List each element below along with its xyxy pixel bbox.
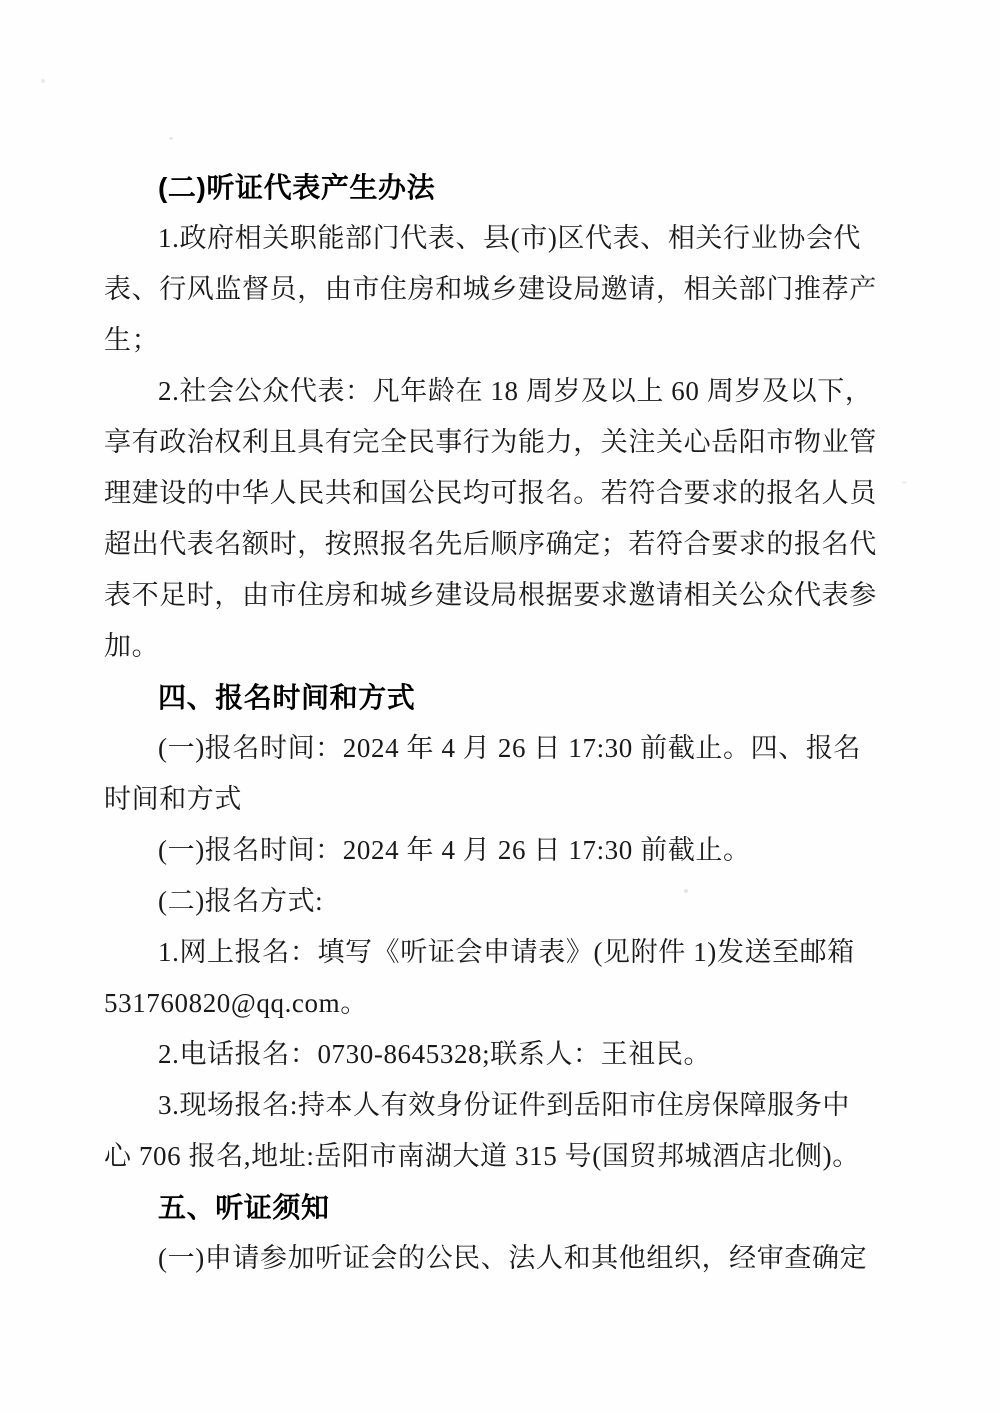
paragraph-line-address: 心 706 报名,地址:岳阳市南湖大道 315 号(国贸邦城酒店北侧)。: [104, 1131, 880, 1182]
scan-speck: [41, 79, 45, 83]
paragraph-line: 时间和方式: [104, 774, 880, 825]
paragraph-line: 表不足时，由市住房和城乡建设局根据要求邀请相关公众代表参: [104, 570, 880, 621]
paragraph-line: 超出代表名额时，按照报名先后顺序确定；若符合要求的报名代: [104, 519, 880, 570]
document-body: (二)听证代表产生办法 1.政府相关职能部门代表、县(市)区代表、相关行业协会代…: [104, 162, 880, 1284]
paragraph-line-phone: 2.电话报名：0730-8645328;联系人：王祖民。: [104, 1029, 880, 1080]
paragraph-line: (一)申请参加听证会的公民、法人和其他组织，经审查确定: [104, 1233, 880, 1284]
paragraph-line: 享有政治权利且具有完全民事行为能力，关注关心岳阳市物业管: [104, 417, 880, 468]
scan-speck: [169, 137, 173, 140]
section-heading-registration-time: 四、报名时间和方式: [104, 672, 880, 723]
paragraph-line: 2.社会公众代表：凡年龄在 18 周岁及以上 60 周岁及以下，: [104, 366, 880, 417]
paragraph-line: (一)报名时间：2024 年 4 月 26 日 17:30 前截止。四、报名: [104, 723, 880, 774]
paragraph-line: 表、行风监督员，由市住房和城乡建设局邀请，相关部门推荐产: [104, 264, 880, 315]
paragraph-line: 生；: [104, 315, 880, 366]
paragraph-line: 3.现场报名:持本人有效身份证件到岳阳市住房保障服务中: [104, 1080, 880, 1131]
paragraph-line: 理建设的中华人民共和国公民均可报名。若符合要求的报名人员: [104, 468, 880, 519]
document-page: { "page": { "background": "#fefefe", "te…: [0, 0, 1000, 1414]
scan-speck: [902, 481, 907, 484]
scanned-page-background: (二)听证代表产生办法 1.政府相关职能部门代表、县(市)区代表、相关行业协会代…: [0, 0, 1000, 1414]
paragraph-line: 1.网上报名：填写《听证会申请表》(见附件 1)发送至邮箱: [104, 927, 880, 978]
section-heading-hearing-notes: 五、听证须知: [104, 1182, 880, 1233]
paragraph-line: 加。: [104, 621, 880, 672]
section-heading-representative-method: (二)听证代表产生办法: [104, 162, 880, 213]
paragraph-line: 1.政府相关职能部门代表、县(市)区代表、相关行业协会代: [104, 213, 880, 264]
paragraph-line: (二)报名方式:: [104, 876, 880, 927]
paragraph-line: (一)报名时间：2024 年 4 月 26 日 17:30 前截止。: [104, 825, 880, 876]
paragraph-line-email: 531760820@qq.com。: [104, 978, 880, 1029]
